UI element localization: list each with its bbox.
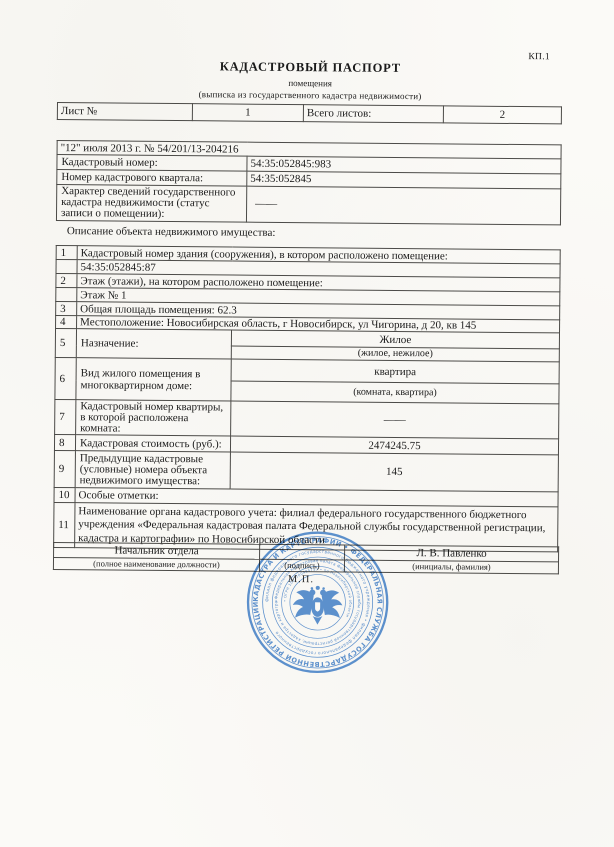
row-number: 8 [54,434,75,450]
purpose-label: Назначение: [76,329,231,359]
row-number: 4 [56,315,77,328]
row-number: 3 [56,301,77,315]
document-subtitle-note: (выписка из государственного кадастра не… [55,88,565,102]
row-number: 9 [54,450,75,487]
position-caption: (полное наименование должности) [53,557,259,571]
total-sheets-value: 2 [443,106,561,124]
document-page: КП.1 КАДАСТРОВЫЙ ПАСПОРТ помещения (выпи… [0,0,614,847]
row-number: 1 [56,245,77,259]
section-title: Описание объекта недвижимого имущества: [67,225,276,239]
row-number: 2 [56,273,77,287]
meta-table: "12" июля 2013 г. № 54/201/13-204216 Кад… [56,140,562,225]
official-position: Начальник отдела [54,542,260,559]
document-title: КАДАСТРОВЫЙ ПАСПОРТ [55,58,565,77]
sheet-value: 1 [192,104,303,122]
row-number: 10 [54,487,75,502]
apartment-number-label: Кадастровый номер квартиры, в которой ра… [76,400,231,436]
sheet-number-table: Лист № 1 Всего листов: 2 [57,102,562,124]
row-number: 5 [55,328,76,357]
sheet-row: Лист № 1 Всего листов: 2 [57,103,561,124]
dwelling-type-caption: (комната, квартира) [231,381,559,404]
row-number: 7 [55,399,76,434]
meta-row: Характер сведений государственного кадас… [56,185,560,225]
row-number: 11 [54,502,75,547]
table-row: 7 Кадастровый номер квартиры, в которой … [55,399,559,438]
sheet-label: Лист № [57,103,192,121]
record-status-label: Характер сведений государственного кадас… [56,185,246,223]
quarter-number-label: Номер кадастрового квартала: [57,170,247,187]
previous-numbers-value: 145 [230,452,558,492]
total-sheets-label: Всего листов: [303,105,443,123]
title-block: КАДАСТРОВЫЙ ПАСПОРТ помещения (выписка и… [55,58,565,102]
row-number-empty [56,287,77,301]
table-row: 6 Вид жилого помещения в многоквартирном… [55,357,559,383]
apartment-number-value: —— [231,401,559,439]
official-stamp: КАДАСТРА И КАРТОГРАФИИ • ФЕДЕРАЛЬНАЯ СЛУ… [244,529,391,676]
form-code: КП.1 [528,52,550,62]
row-number-empty [56,259,77,273]
dwelling-type-label: Вид жилого помещения в многоквартирном д… [76,358,231,401]
previous-numbers-label: Предыдущие кадастровые (условные) номера… [75,451,230,489]
cadastral-number-label: Кадастровый номер: [57,155,247,172]
row-number: 6 [55,357,76,399]
table-row: 9 Предыдущие кадастровые (условные) номе… [54,450,558,491]
dwelling-type-value: квартира [231,359,559,384]
coat-of-arms-icon [293,586,343,625]
record-status-value: —— [246,186,560,225]
cadastral-value-label: Кадастровая стоимость (руб.): [75,435,230,452]
description-table: 1 Кадастровый номер здания (сооружения),… [53,245,561,552]
